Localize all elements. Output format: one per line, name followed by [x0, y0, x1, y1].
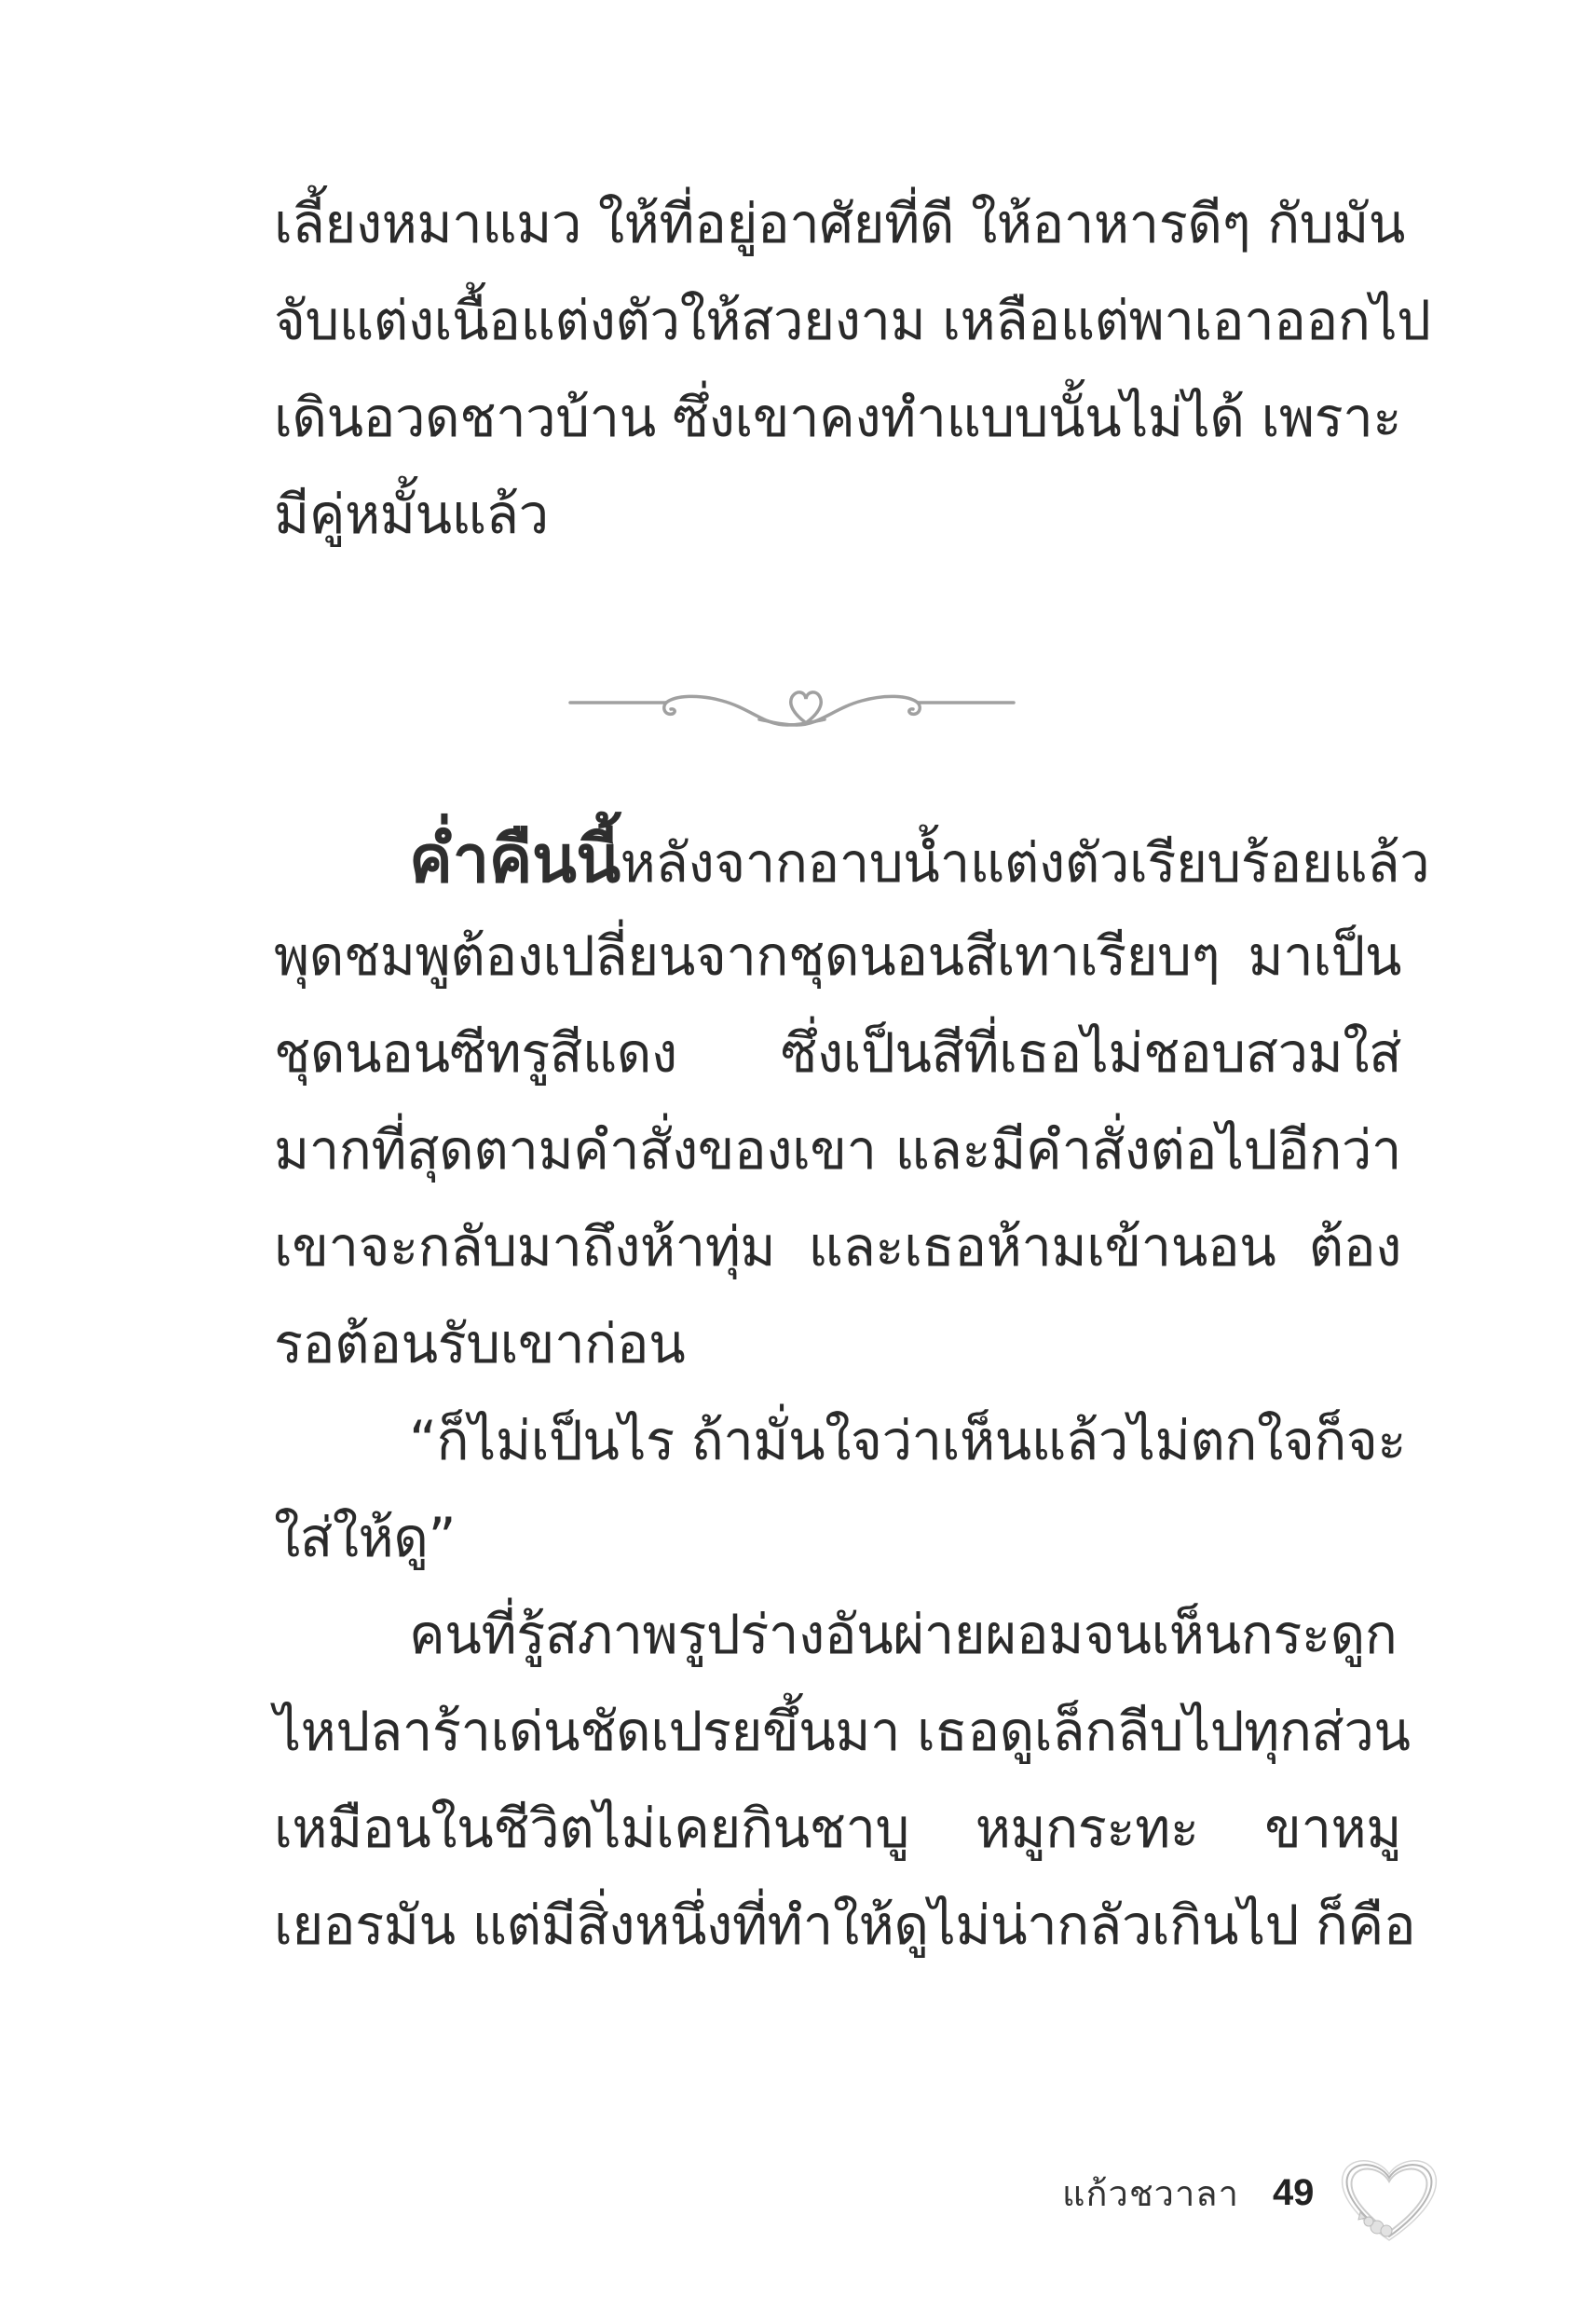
paragraph-3-line-1: คนที่รู้สภาพรูปร่างอันผ่ายผอมจนเห็นกระดู…: [274, 1586, 1401, 1683]
dialogue-line-2: ใส่ให้ดู”: [274, 1489, 1401, 1586]
paragraph-2-line-1-rest: หลังจากอาบน้ำแต่งตัวเรียบร้อยแล้ว: [621, 831, 1430, 895]
paragraph-3-line-4: เยอรมัน แต่มีสิ่งหนึ่งที่ทำให้ดูไม่น่ากล…: [274, 1877, 1401, 1974]
page-footer: แก้วชวาลา 49: [1062, 2151, 1314, 2235]
paragraph-2-line-2: พุดชมพูต้องเปลี่ยนจากชุดนอนสีเทาเรียบๆ ม…: [274, 908, 1401, 1005]
paragraph-3-line-3: เหมือนในชีวิตไม่เคยกินชาบู หมูกระทะ ขาหม…: [274, 1780, 1401, 1877]
paragraph-1-line-2: จับแต่งเนื้อแต่งตัวให้สวยงาม เหลือแต่พาเ…: [274, 272, 1401, 369]
page-number: 49: [1273, 2172, 1315, 2214]
dialogue-line-1: “ก็ไม่เป็นไร ถ้ามั่นใจว่าเห็นแล้วไม่ตกใจ…: [274, 1392, 1401, 1489]
paragraph-2-line-1: ค่ำคืนนี้หลังจากอาบน้ำแต่งตัวเรียบร้อยแล…: [274, 811, 1401, 911]
paragraph-2-line-4: มากที่สุดตามคำสั่งของเขา และมีคำสั่งต่อไ…: [274, 1101, 1401, 1198]
paragraph-2-line-5: เขาจะกลับมาถึงห้าทุ่ม และเธอห้ามเข้านอน …: [274, 1198, 1401, 1295]
bold-lead-word: ค่ำคืนนี้: [409, 821, 621, 897]
book-title: แก้วชวาลา: [1062, 2165, 1239, 2222]
paragraph-1-line-1: เลี้ยงหมาแมว ให้ที่อยู่อาศัยที่ดี ให้อาห…: [274, 175, 1401, 272]
book-page: เลี้ยงหมาแมว ให้ที่อยู่อาศัยที่ดี ให้อาห…: [0, 0, 1596, 2311]
ornamental-heart-divider-icon: [559, 671, 1118, 736]
paragraph-1-line-4: มีคู่หมั้นแล้ว: [274, 466, 1401, 563]
paragraph-2-line-3: ชุดนอนซีทรูสีแดง ซึ่งเป็นสีที่เธอไม่ชอบส…: [274, 1005, 1401, 1101]
paragraph-3-line-2: ไหปลาร้าเด่นชัดเปรยขึ้นมา เธอดูเล็กลีบไป…: [274, 1683, 1401, 1780]
heart-wreath-icon: [1338, 2154, 1440, 2243]
paragraph-2-line-6: รอต้อนรับเขาก่อน: [274, 1295, 1401, 1392]
paragraph-1-line-3: เดินอวดชาวบ้าน ซึ่งเขาคงทำแบบนั้นไม่ได้ …: [274, 369, 1401, 466]
